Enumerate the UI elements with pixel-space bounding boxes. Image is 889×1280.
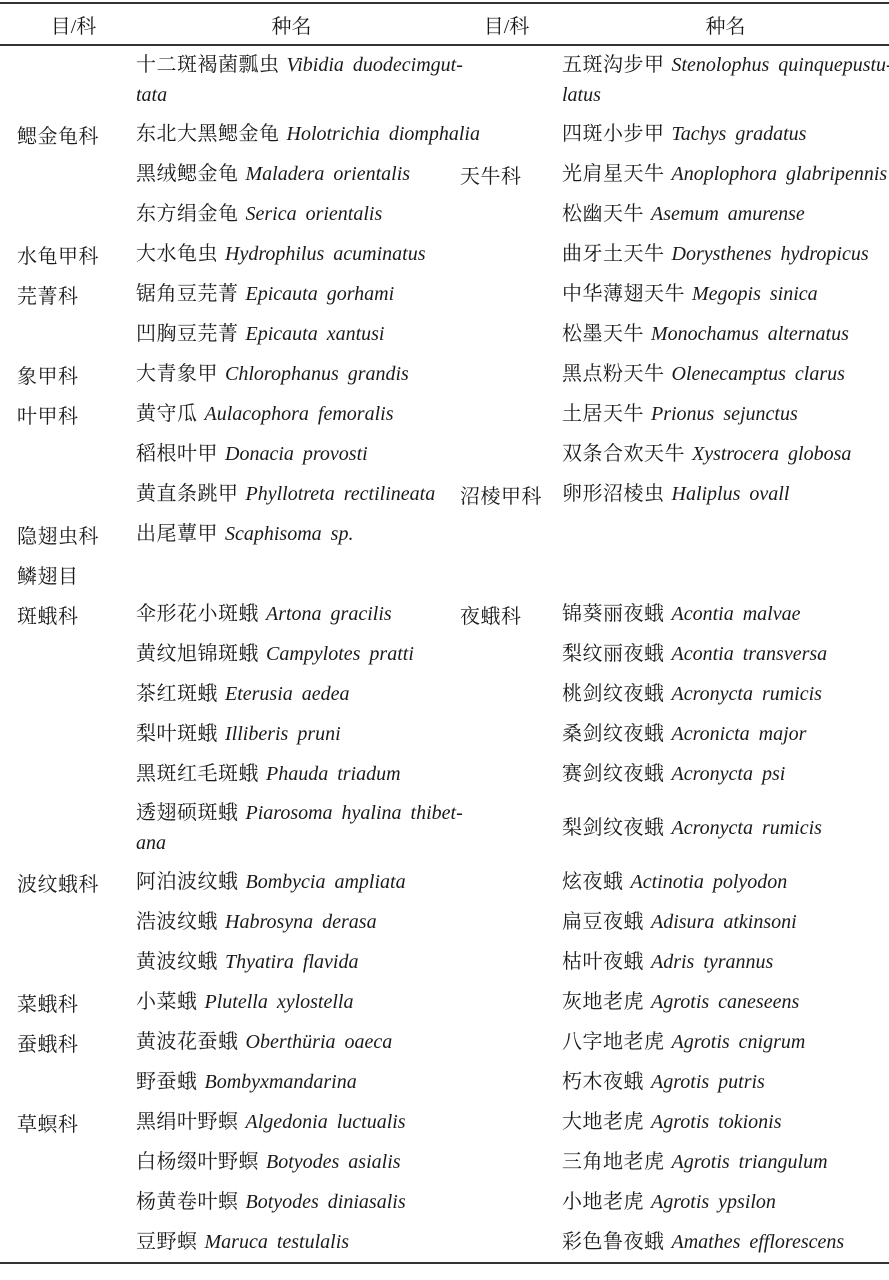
species-chinese-name: 黄守瓜 — [136, 403, 198, 425]
species-latin-name: Epicauta gorhami — [246, 283, 395, 305]
table-row: 蚕蛾科黄波花蚕蛾Oberthüria oaeca八字地老虎Agrotis cni… — [0, 1022, 889, 1062]
species-latin-name: Acontia malvae — [672, 603, 801, 625]
species-latin-name: Donacia provosti — [225, 443, 368, 465]
species-latin-name: Actinotia polyodon — [631, 871, 788, 893]
cell-species-right: 大地老虎Agrotis tokionis — [553, 1102, 889, 1142]
species-latin-name: Agrotis cnigrum — [672, 1031, 806, 1053]
species-latin-name: Illiberis pruni — [225, 723, 341, 745]
cell-order-family-left — [0, 314, 130, 354]
cell-order-family-left — [0, 794, 130, 862]
cell-species-right: 卵形沼棱虫Haliplus ovall — [553, 474, 889, 514]
cell-species-left — [130, 554, 447, 594]
cell-order-family-right — [447, 45, 553, 114]
cell-species-left: 黄波花蚕蛾Oberthüria oaeca — [130, 1022, 447, 1062]
cell-order-family-right — [447, 434, 553, 474]
cell-species-left: 阿泊波纹蛾Bombycia ampliata — [130, 862, 447, 902]
species-chinese-name: 黑斑红毛斑蛾 — [136, 763, 259, 785]
cell-species-right: 灰地老虎Agrotis caneseens — [553, 982, 889, 1022]
species-latin-name: Artona gracilis — [266, 603, 392, 625]
species-chinese-name: 桃剑纹夜蛾 — [562, 683, 665, 705]
species-latin-name: Dorysthenes hydropicus — [672, 243, 869, 265]
species-chinese-name: 黄直条跳甲 — [136, 483, 239, 505]
cell-species-left: 锯角豆芫菁Epicauta gorhami — [130, 274, 447, 314]
header-row: 目/科 种名 目/科 种名 — [0, 3, 889, 45]
cell-species-right: 光肩星天牛Anoplophora glabripennis — [553, 154, 889, 194]
cell-species-right: 四斑小步甲Tachys gradatus — [553, 114, 889, 154]
cell-species-right: 枯叶夜蛾Adris tyrannus — [553, 942, 889, 982]
species-latin-name: Haliplus ovall — [672, 483, 790, 505]
species-latin-name: Phyllotreta rectilineata — [246, 483, 436, 505]
cell-order-family-right — [447, 514, 553, 554]
cell-order-family-left: 鳃金龟科 — [0, 114, 130, 154]
species-chinese-name: 三角地老虎 — [562, 1151, 665, 1173]
species-latin-name: Maladera orientalis — [246, 163, 411, 185]
cell-order-family-left — [0, 154, 130, 194]
species-latin-name: Tachys gradatus — [672, 123, 807, 145]
species-chinese-name: 杨黄卷叶螟 — [136, 1191, 239, 1213]
species-chinese-name: 桑剑纹夜蛾 — [562, 723, 665, 745]
species-chinese-name: 黑绢叶野螟 — [136, 1111, 239, 1133]
cell-order-family-left — [0, 1222, 130, 1263]
species-latin-name: Anoplophora glabripennis — [672, 163, 888, 185]
cell-order-family-left: 叶甲科 — [0, 394, 130, 434]
cell-species-left: 黑斑红毛斑蛾Phauda triadum — [130, 754, 447, 794]
cell-species-right: 五斑沟步甲Stenolophus quinquepustu-latus — [553, 45, 889, 114]
species-chinese-name: 野蚕蛾 — [136, 1071, 198, 1093]
table-row: 斑蛾科伞形花小斑蛾Artona gracilis夜蛾科锦葵丽夜蛾Acontia … — [0, 594, 889, 634]
cell-species-right: 黑点粉天牛Olenecamptus clarus — [553, 354, 889, 394]
header-species-right: 种名 — [553, 3, 889, 45]
species-latin-name: Megopis sinica — [692, 283, 818, 305]
table-row: 透翅硕斑蛾Piarosoma hyalina thibet-ana梨剑纹夜蛾Ac… — [0, 794, 889, 862]
species-chinese-name: 透翅硕斑蛾 — [136, 802, 239, 824]
species-latin-name: Prionus sejunctus — [651, 403, 798, 425]
cell-order-family-left — [0, 634, 130, 674]
species-chinese-name: 白杨缀叶野螟 — [136, 1151, 259, 1173]
species-latin-name: Agrotis ypsilon — [651, 1191, 776, 1213]
cell-order-family-left — [0, 714, 130, 754]
species-chinese-name: 东北大黑鳃金龟 — [136, 123, 280, 145]
table-row: 稻根叶甲Donacia provosti双条合欢天牛Xystrocera glo… — [0, 434, 889, 474]
species-table: 目/科 种名 目/科 种名 十二斑褐菌瓢虫Vibidia duodecimgut… — [0, 2, 889, 1264]
cell-species-left: 浩波纹蛾Habrosyna derasa — [130, 902, 447, 942]
cell-species-right: 松墨天牛Monochamus alternatus — [553, 314, 889, 354]
cell-order-family-right — [447, 902, 553, 942]
cell-species-left: 稻根叶甲Donacia provosti — [130, 434, 447, 474]
species-latin-name: Chlorophanus grandis — [225, 363, 409, 385]
table-row: 芫菁科锯角豆芫菁Epicauta gorhami中华薄翅天牛Megopis si… — [0, 274, 889, 314]
cell-order-family-left: 鳞翅目 — [0, 554, 130, 594]
table-row: 黑绒鳃金龟Maladera orientalis天牛科光肩星天牛Anoploph… — [0, 154, 889, 194]
cell-order-family-right — [447, 1142, 553, 1182]
cell-species-left: 伞形花小斑蛾Artona gracilis — [130, 594, 447, 634]
cell-order-family-left: 波纹蛾科 — [0, 862, 130, 902]
cell-order-family-left — [0, 1182, 130, 1222]
species-chinese-name: 赛剑纹夜蛾 — [562, 763, 665, 785]
table-row: 象甲科大青象甲Chlorophanus grandis黑点粉天牛Olenecam… — [0, 354, 889, 394]
cell-species-right: 桑剑纹夜蛾Acronicta major — [553, 714, 889, 754]
species-latin-name: Acronicta major — [672, 723, 807, 745]
cell-order-family-left — [0, 434, 130, 474]
table-row: 白杨缀叶野螟Botyodes asialis三角地老虎Agrotis trian… — [0, 1142, 889, 1182]
cell-species-right: 赛剑纹夜蛾Acronycta psi — [553, 754, 889, 794]
table-row: 黄直条跳甲Phyllotreta rectilineata沼棱甲科卵形沼棱虫Ha… — [0, 474, 889, 514]
species-chinese-name: 锯角豆芫菁 — [136, 283, 239, 305]
table-row: 野蚕蛾Bombyxmandarina朽木夜蛾Agrotis putris — [0, 1062, 889, 1102]
table-row: 波纹蛾科阿泊波纹蛾Bombycia ampliata炫夜蛾Actinotia p… — [0, 862, 889, 902]
cell-order-family-right — [447, 942, 553, 982]
table-row: 东方绢金龟Serica orientalis松幽天牛Asemum amurens… — [0, 194, 889, 234]
cell-species-left: 黄守瓜Aulacophora femoralis — [130, 394, 447, 434]
cell-order-family-left — [0, 942, 130, 982]
table-row: 菜蛾科小菜蛾Plutella xylostella灰地老虎Agrotis can… — [0, 982, 889, 1022]
species-chinese-name: 豆野螟 — [136, 1231, 198, 1253]
table-row: 水龟甲科大水龟虫Hydrophilus acuminatus曲牙土天牛Dorys… — [0, 234, 889, 274]
cell-order-family-left — [0, 474, 130, 514]
species-latin-name-continued: tata — [136, 84, 167, 106]
cell-species-left: 黄纹旭锦斑蛾Campylotes pratti — [130, 634, 447, 674]
species-chinese-name: 光肩星天牛 — [562, 163, 665, 185]
cell-species-left: 东北大黑鳃金龟Holotrichia diomphalia — [130, 114, 447, 154]
species-latin-name: Acontia transversa — [672, 643, 828, 665]
species-latin-name: Hydrophilus acuminatus — [225, 243, 425, 265]
cell-order-family-right — [447, 1222, 553, 1263]
cell-species-left: 野蚕蛾Bombyxmandarina — [130, 1062, 447, 1102]
cell-species-right: 三角地老虎Agrotis triangulum — [553, 1142, 889, 1182]
cell-species-right: 松幽天牛Asemum amurense — [553, 194, 889, 234]
table-row: 浩波纹蛾Habrosyna derasa扁豆夜蛾Adisura atkinson… — [0, 902, 889, 942]
cell-order-family-right — [447, 982, 553, 1022]
species-latin-name: Amathes efflorescens — [672, 1231, 845, 1253]
species-latin-name: Monochamus alternatus — [651, 323, 849, 345]
table-row: 凹胸豆芫菁Epicauta xantusi松墨天牛Monochamus alte… — [0, 314, 889, 354]
cell-order-family-right — [447, 194, 553, 234]
species-latin-name: Serica orientalis — [246, 203, 383, 225]
cell-order-family-right — [447, 1182, 553, 1222]
species-latin-name: Agrotis putris — [651, 1071, 765, 1093]
species-chinese-name: 十二斑褐菌瓢虫 — [136, 54, 280, 76]
cell-order-family-left — [0, 674, 130, 714]
species-latin-name: Campylotes pratti — [266, 643, 414, 665]
cell-order-family-right — [447, 1022, 553, 1062]
cell-species-left: 凹胸豆芫菁Epicauta xantusi — [130, 314, 447, 354]
cell-species-left: 小菜蛾Plutella xylostella — [130, 982, 447, 1022]
cell-species-left: 黑绢叶野螟Algedonia luctualis — [130, 1102, 447, 1142]
species-chinese-name: 双条合欢天牛 — [562, 443, 685, 465]
cell-order-family-right: 沼棱甲科 — [447, 474, 553, 514]
species-latin-name: Vibidia duodecimgut- — [287, 54, 463, 76]
cell-species-right: 双条合欢天牛Xystrocera globosa — [553, 434, 889, 474]
cell-order-family-right — [447, 1102, 553, 1142]
species-chinese-name: 浩波纹蛾 — [136, 911, 218, 933]
species-latin-name: Acronycta rumicis — [672, 817, 822, 839]
species-chinese-name: 黄波花蚕蛾 — [136, 1031, 239, 1053]
header-order-family-left: 目/科 — [0, 3, 130, 45]
cell-order-family-left — [0, 754, 130, 794]
cell-order-family-right — [447, 1062, 553, 1102]
species-latin-name: Phauda triadum — [266, 763, 401, 785]
table-row: 豆野螟Maruca testulalis彩色鲁夜蛾Amathes efflore… — [0, 1222, 889, 1263]
species-chinese-name: 黄纹旭锦斑蛾 — [136, 643, 259, 665]
species-latin-name: Holotrichia diomphalia — [287, 123, 480, 145]
species-chinese-name: 梨剑纹夜蛾 — [562, 817, 665, 839]
species-latin-name: Piarosoma hyalina thibet- — [246, 802, 463, 824]
cell-species-left: 大水龟虫Hydrophilus acuminatus — [130, 234, 447, 274]
header-order-family-right: 目/科 — [447, 3, 553, 45]
cell-species-right: 彩色鲁夜蛾Amathes efflorescens — [553, 1222, 889, 1263]
table-row: 梨叶斑蛾Illiberis pruni桑剑纹夜蛾Acronicta major — [0, 714, 889, 754]
cell-species-left: 黄直条跳甲Phyllotreta rectilineata — [130, 474, 447, 514]
cell-order-family-left: 菜蛾科 — [0, 982, 130, 1022]
species-chinese-name: 阿泊波纹蛾 — [136, 871, 239, 893]
cell-order-family-left — [0, 902, 130, 942]
species-chinese-name: 灰地老虎 — [562, 991, 644, 1013]
cell-species-left: 黄波纹蛾Thyatira flavida — [130, 942, 447, 982]
table-row: 隐翅虫科出尾蕈甲Scaphisoma sp. — [0, 514, 889, 554]
species-latin-name: Asemum amurense — [651, 203, 805, 225]
cell-species-left: 茶红斑蛾Eterusia aedea — [130, 674, 447, 714]
species-latin-name: Olenecamptus clarus — [672, 363, 845, 385]
cell-species-left: 出尾蕈甲Scaphisoma sp. — [130, 514, 447, 554]
cell-species-left: 黑绒鳃金龟Maladera orientalis — [130, 154, 447, 194]
cell-order-family-right: 天牛科 — [447, 154, 553, 194]
cell-order-family-left: 象甲科 — [0, 354, 130, 394]
cell-order-family-right — [447, 554, 553, 594]
species-chinese-name: 凹胸豆芫菁 — [136, 323, 239, 345]
species-chinese-name: 炫夜蛾 — [562, 871, 624, 893]
species-chinese-name: 土居天牛 — [562, 403, 644, 425]
species-latin-name: Agrotis triangulum — [672, 1151, 828, 1173]
cell-order-family-right — [447, 714, 553, 754]
species-chinese-name: 扁豆夜蛾 — [562, 911, 644, 933]
species-chinese-name: 五斑沟步甲 — [562, 54, 665, 76]
species-latin-name: Botyodes asialis — [266, 1151, 401, 1173]
cell-species-right: 土居天牛Prionus sejunctus — [553, 394, 889, 434]
species-latin-name: Plutella xylostella — [205, 991, 354, 1013]
cell-species-left: 白杨缀叶野螟Botyodes asialis — [130, 1142, 447, 1182]
cell-species-right: 桃剑纹夜蛾Acronycta rumicis — [553, 674, 889, 714]
species-chinese-name: 黄波纹蛾 — [136, 951, 218, 973]
cell-species-left: 杨黄卷叶螟Botyodes diniasalis — [130, 1182, 447, 1222]
species-latin-name: Scaphisoma sp. — [225, 523, 353, 545]
species-chinese-name: 中华薄翅天牛 — [562, 283, 685, 305]
species-latin-name: Bombyxmandarina — [205, 1071, 357, 1093]
species-latin-name: Oberthüria oaeca — [246, 1031, 393, 1053]
table-row: 鳃金龟科东北大黑鳃金龟Holotrichia diomphalia四斑小步甲Ta… — [0, 114, 889, 154]
species-chinese-name: 枯叶夜蛾 — [562, 951, 644, 973]
table-row: 黑斑红毛斑蛾Phauda triadum赛剑纹夜蛾Acronycta psi — [0, 754, 889, 794]
cell-order-family-left: 斑蛾科 — [0, 594, 130, 634]
cell-species-right: 梨纹丽夜蛾Acontia transversa — [553, 634, 889, 674]
species-latin-name: Eterusia aedea — [225, 683, 350, 705]
species-latin-name: Adris tyrannus — [651, 951, 773, 973]
species-latin-name: Habrosyna derasa — [225, 911, 377, 933]
cell-species-right: 朽木夜蛾Agrotis putris — [553, 1062, 889, 1102]
species-chinese-name: 东方绢金龟 — [136, 203, 239, 225]
cell-order-family-left: 蚕蛾科 — [0, 1022, 130, 1062]
cell-species-left: 东方绢金龟Serica orientalis — [130, 194, 447, 234]
species-chinese-name: 四斑小步甲 — [562, 123, 665, 145]
cell-order-family-left — [0, 1062, 130, 1102]
species-chinese-name: 黑点粉天牛 — [562, 363, 665, 385]
table-row: 草螟科黑绢叶野螟Algedonia luctualis大地老虎Agrotis t… — [0, 1102, 889, 1142]
species-chinese-name: 伞形花小斑蛾 — [136, 603, 259, 625]
table-row: 茶红斑蛾Eterusia aedea桃剑纹夜蛾Acronycta rumicis — [0, 674, 889, 714]
species-chinese-name: 松墨天牛 — [562, 323, 644, 345]
cell-species-right: 炫夜蛾Actinotia polyodon — [553, 862, 889, 902]
cell-order-family-right — [447, 674, 553, 714]
cell-order-family-left: 芫菁科 — [0, 274, 130, 314]
species-latin-name: Agrotis tokionis — [651, 1111, 781, 1133]
cell-species-right: 锦葵丽夜蛾Acontia malvae — [553, 594, 889, 634]
species-latin-name: Adisura atkinsoni — [651, 911, 797, 933]
cell-order-family-left: 草螟科 — [0, 1102, 130, 1142]
species-latin-name-continued: latus — [562, 84, 601, 106]
cell-order-family-right — [447, 354, 553, 394]
species-chinese-name: 梨叶斑蛾 — [136, 723, 218, 745]
cell-species-left: 豆野螟Maruca testulalis — [130, 1222, 447, 1263]
species-chinese-name: 茶红斑蛾 — [136, 683, 218, 705]
species-latin-name: Algedonia luctualis — [246, 1111, 406, 1133]
cell-species-left: 大青象甲Chlorophanus grandis — [130, 354, 447, 394]
species-chinese-name: 小菜蛾 — [136, 991, 198, 1013]
cell-order-family-right — [447, 314, 553, 354]
species-latin-name: Xystrocera globosa — [692, 443, 851, 465]
cell-species-left: 十二斑褐菌瓢虫Vibidia duodecimgut-tata — [130, 45, 447, 114]
cell-order-family-left — [0, 1142, 130, 1182]
cell-species-left: 梨叶斑蛾Illiberis pruni — [130, 714, 447, 754]
table-row: 杨黄卷叶螟Botyodes diniasalis小地老虎Agrotis ypsi… — [0, 1182, 889, 1222]
species-latin-name: Acronycta rumicis — [672, 683, 822, 705]
species-chinese-name: 大青象甲 — [136, 363, 218, 385]
cell-species-right: 曲牙土天牛Dorysthenes hydropicus — [553, 234, 889, 274]
cell-species-right: 扁豆夜蛾Adisura atkinsoni — [553, 902, 889, 942]
cell-species-left: 透翅硕斑蛾Piarosoma hyalina thibet-ana — [130, 794, 447, 862]
cell-species-right — [553, 514, 889, 554]
cell-order-family-right — [447, 862, 553, 902]
cell-order-family-right — [447, 234, 553, 274]
species-chinese-name: 大水龟虫 — [136, 243, 218, 265]
cell-order-family-left: 水龟甲科 — [0, 234, 130, 274]
table-row: 十二斑褐菌瓢虫Vibidia duodecimgut-tata五斑沟步甲Sten… — [0, 45, 889, 114]
cell-order-family-right — [447, 634, 553, 674]
species-chinese-name: 彩色鲁夜蛾 — [562, 1231, 665, 1253]
species-latin-name: Aulacophora femoralis — [205, 403, 394, 425]
species-chinese-name: 锦葵丽夜蛾 — [562, 603, 665, 625]
species-chinese-name: 梨纹丽夜蛾 — [562, 643, 665, 665]
species-latin-name-continued: ana — [136, 832, 166, 854]
table-row: 鳞翅目 — [0, 554, 889, 594]
species-latin-name: Maruca testulalis — [205, 1231, 350, 1253]
cell-species-right — [553, 554, 889, 594]
species-chinese-name: 八字地老虎 — [562, 1031, 665, 1053]
cell-order-family-left: 隐翅虫科 — [0, 514, 130, 554]
table-row: 黄波纹蛾Thyatira flavida枯叶夜蛾Adris tyrannus — [0, 942, 889, 982]
species-chinese-name: 卵形沼棱虫 — [562, 483, 665, 505]
species-latin-name: Epicauta xantusi — [246, 323, 385, 345]
table-body: 十二斑褐菌瓢虫Vibidia duodecimgut-tata五斑沟步甲Sten… — [0, 45, 889, 1263]
species-chinese-name: 稻根叶甲 — [136, 443, 218, 465]
species-chinese-name: 黑绒鳃金龟 — [136, 163, 239, 185]
species-chinese-name: 朽木夜蛾 — [562, 1071, 644, 1093]
cell-species-right: 中华薄翅天牛Megopis sinica — [553, 274, 889, 314]
species-latin-name: Stenolophus quinquepustu- — [672, 54, 889, 76]
species-chinese-name: 出尾蕈甲 — [136, 523, 218, 545]
cell-order-family-left — [0, 194, 130, 234]
species-chinese-name: 松幽天牛 — [562, 203, 644, 225]
cell-order-family-right — [447, 754, 553, 794]
species-chinese-name: 曲牙土天牛 — [562, 243, 665, 265]
cell-order-family-right — [447, 274, 553, 314]
header-species-left: 种名 — [130, 3, 447, 45]
table-row: 叶甲科黄守瓜Aulacophora femoralis土居天牛Prionus s… — [0, 394, 889, 434]
cell-species-right: 梨剑纹夜蛾Acronycta rumicis — [553, 794, 889, 862]
cell-order-family-right: 夜蛾科 — [447, 594, 553, 634]
species-latin-name: Acronycta psi — [672, 763, 786, 785]
species-latin-name: Botyodes diniasalis — [246, 1191, 406, 1213]
species-chinese-name: 小地老虎 — [562, 1191, 644, 1213]
species-latin-name: Agrotis caneseens — [651, 991, 799, 1013]
cell-species-right: 八字地老虎Agrotis cnigrum — [553, 1022, 889, 1062]
species-chinese-name: 大地老虎 — [562, 1111, 644, 1133]
species-latin-name: Thyatira flavida — [225, 951, 358, 973]
species-latin-name: Bombycia ampliata — [246, 871, 406, 893]
species-table-page: 目/科 种名 目/科 种名 十二斑褐菌瓢虫Vibidia duodecimgut… — [0, 0, 889, 1264]
table-row: 黄纹旭锦斑蛾Campylotes pratti梨纹丽夜蛾Acontia tran… — [0, 634, 889, 674]
cell-order-family-left — [0, 45, 130, 114]
cell-order-family-right — [447, 394, 553, 434]
cell-species-right: 小地老虎Agrotis ypsilon — [553, 1182, 889, 1222]
